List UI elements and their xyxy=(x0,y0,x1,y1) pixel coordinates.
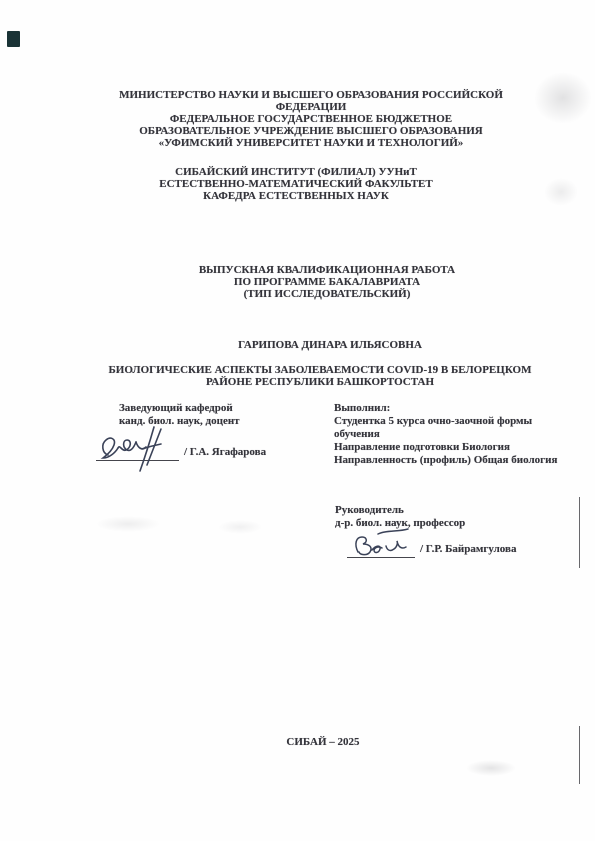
head-of-department-block: Заведующий кафедрой канд. биол. наук, до… xyxy=(119,402,329,428)
supervisor-role: Руководитель xyxy=(335,504,570,517)
ministry-header: МИНИСТЕРСТВО НАУКИ И ВЫСШЕГО ОБРАЗОВАНИЯ… xyxy=(61,89,561,149)
author-name: ГАРИПОВА ДИНАРА ИЛЬЯСОВНА xyxy=(80,339,580,351)
ministry-line: «УФИМСКИЙ УНИВЕРСИТЕТ НАУКИ И ТЕХНОЛОГИЙ… xyxy=(61,137,561,149)
executor-block: Выполнил: Студентка 5 курса очно-заочной… xyxy=(334,402,569,467)
institute-line: ЕСТЕСТВЕННО-МАТЕМАТИЧЕСКИЙ ФАКУЛЬТЕТ xyxy=(46,178,546,190)
thesis-title-line: БИОЛОГИЧЕСКИЕ АСПЕКТЫ ЗАБОЛЕВАЕМОСТИ COV… xyxy=(70,364,570,376)
head-signature-row: / Г.А. Ягафарова xyxy=(96,433,266,461)
scan-streak xyxy=(579,726,580,784)
head-role: Заведующий кафедрой xyxy=(119,402,329,415)
supervisor-name: / Г.Р. Байрамгулова xyxy=(415,543,516,558)
thesis-title: БИОЛОГИЧЕСКИЕ АСПЕКТЫ ЗАБОЛЕВАЕМОСТИ COV… xyxy=(70,364,570,388)
bayramgulova-signature-scribble xyxy=(348,528,420,562)
head-name: / Г.А. Ягафарова xyxy=(179,446,266,461)
ministry-line: ФЕДЕРАЛЬНОЕ ГОСУДАРСТВЕННОЕ БЮДЖЕТНОЕ xyxy=(61,113,561,125)
work-type-line: (ТИП ИССЛЕДОВАТЕЛЬСКИЙ) xyxy=(77,288,577,300)
ministry-line: МИНИСТЕРСТВО НАУКИ И ВЫСШЕГО ОБРАЗОВАНИЯ… xyxy=(61,89,561,101)
executor-line: обучения xyxy=(334,428,569,441)
executor-label: Выполнил: xyxy=(334,402,569,415)
work-type: ВЫПУСКНАЯ КВАЛИФИКАЦИОННАЯ РАБОТА ПО ПРО… xyxy=(77,264,577,300)
executor-line: Студентка 5 курса очно-заочной формы xyxy=(334,415,569,428)
institute-line: КАФЕДРА ЕСТЕСТВЕННЫХ НАУК xyxy=(46,190,546,202)
ministry-line: ФЕДЕРАЦИИ xyxy=(61,101,561,113)
executor-line: Направление подготовки Биология xyxy=(334,441,569,454)
scan-corner-mark xyxy=(7,31,20,47)
work-type-line: ВЫПУСКНАЯ КВАЛИФИКАЦИОННАЯ РАБОТА xyxy=(77,264,577,276)
thesis-title-page: МИНИСТЕРСТВО НАУКИ И ВЫСШЕГО ОБРАЗОВАНИЯ… xyxy=(0,0,595,841)
thesis-title-line: РАЙОНЕ РЕСПУБЛИКИ БАШКОРТОСТАН xyxy=(70,376,570,388)
supervisor-signature-row: / Г.Р. Байрамгулова xyxy=(347,534,516,558)
scan-smudge xyxy=(466,760,516,776)
yagafarova-signature-scribble xyxy=(98,425,188,473)
ministry-line: ОБРАЗОВАТЕЛЬНОЕ УЧРЕЖДЕНИЕ ВЫСШЕГО ОБРАЗ… xyxy=(61,125,561,137)
scan-streak xyxy=(579,497,580,568)
scan-smudge xyxy=(96,516,160,532)
supervisor-signature-field xyxy=(347,534,415,558)
head-signature-field xyxy=(96,433,179,461)
institute-line: СИБАЙСКИЙ ИНСТИТУТ (ФИЛИАЛ) УУНиТ xyxy=(46,166,546,178)
work-type-line: ПО ПРОГРАММЕ БАКАЛАВРИАТА xyxy=(77,276,577,288)
footer-city-year: СИБАЙ – 2025 xyxy=(73,736,573,748)
scan-smudge xyxy=(218,520,262,534)
scan-smudge xyxy=(544,178,578,206)
supervisor-block: Руководитель д-р. биол. наук, профессор xyxy=(335,504,570,530)
executor-line: Направленность (профиль) Общая биология xyxy=(334,454,569,467)
institute-header: СИБАЙСКИЙ ИНСТИТУТ (ФИЛИАЛ) УУНиТ ЕСТЕСТ… xyxy=(46,166,546,202)
